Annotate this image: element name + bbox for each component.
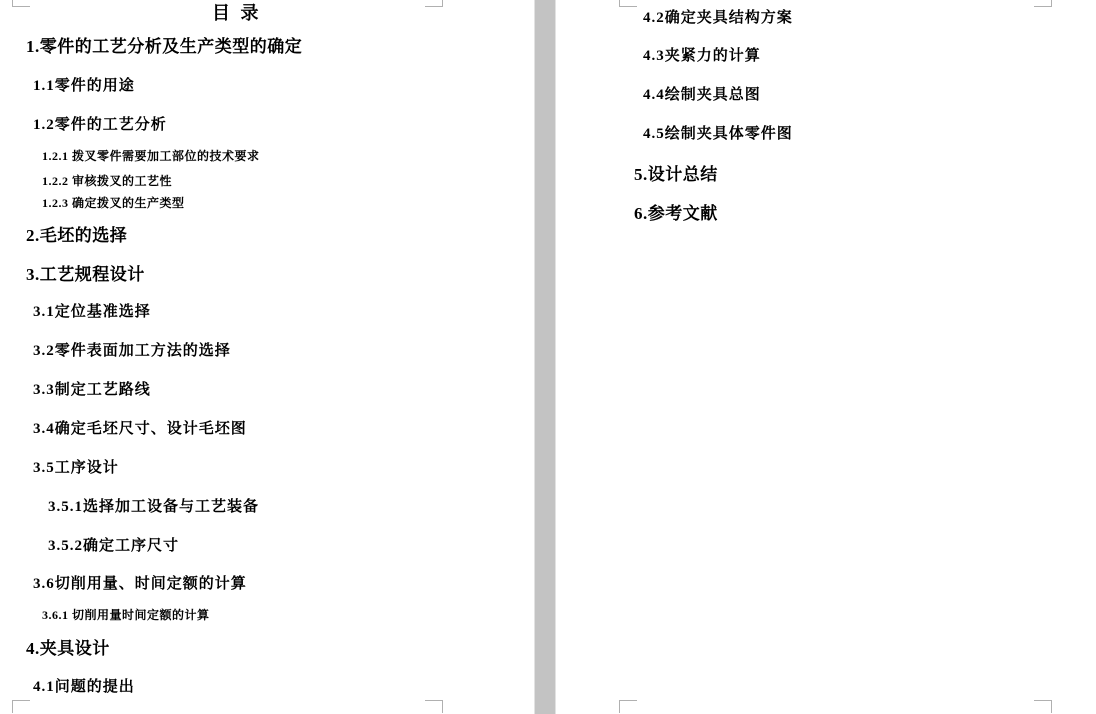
toc-title[interactable]: 目 录 [212, 4, 262, 22]
toc-item[interactable]: 5.设计总结 [634, 166, 718, 183]
toc-item[interactable]: 3.3制定工艺路线 [33, 383, 151, 398]
crop-mark-top-right [1034, 0, 1052, 7]
crop-mark-bottom-right [1034, 700, 1052, 713]
toc-item[interactable]: 3.5工序设计 [33, 461, 119, 476]
toc-item[interactable]: 4.5绘制夹具体零件图 [643, 127, 793, 142]
toc-item[interactable]: 3.2零件表面加工方法的选择 [33, 344, 231, 359]
toc-item[interactable]: 3.5.1选择加工设备与工艺装备 [48, 500, 259, 515]
document-viewport: 目 录 1.零件的工艺分析及生产类型的确定1.1零件的用途1.2零件的工艺分析1… [0, 0, 1096, 714]
page-gutter [534, 0, 556, 714]
toc-item[interactable]: 1.2.3 确定拨叉的生产类型 [42, 197, 185, 209]
toc-item[interactable]: 4.3夹紧力的计算 [643, 49, 761, 64]
crop-mark-top-left [619, 0, 637, 7]
toc-item[interactable]: 2.毛坯的选择 [26, 227, 127, 244]
toc-item[interactable]: 4.夹具设计 [26, 640, 110, 657]
toc-item[interactable]: 3.1定位基准选择 [33, 305, 151, 320]
crop-mark-bottom-right [425, 700, 443, 713]
toc-item[interactable]: 1.1零件的用途 [33, 79, 135, 94]
toc-item[interactable]: 4.4绘制夹具总图 [643, 88, 761, 103]
crop-mark-top-left [12, 0, 30, 7]
toc-item[interactable]: 3.6切削用量、时间定额的计算 [33, 577, 247, 592]
toc-item[interactable]: 4.2确定夹具结构方案 [643, 11, 793, 26]
toc-item[interactable]: 3.工艺规程设计 [26, 266, 145, 283]
crop-mark-top-right [425, 0, 443, 7]
page-right[interactable]: 4.2确定夹具结构方案4.3夹紧力的计算4.4绘制夹具总图4.5绘制夹具体零件图… [556, 0, 1096, 714]
toc-item[interactable]: 1.2零件的工艺分析 [33, 118, 167, 133]
toc-item[interactable]: 1.2.1 拨叉零件需要加工部位的技术要求 [42, 150, 260, 162]
crop-mark-bottom-left [619, 700, 637, 713]
toc-item[interactable]: 3.6.1 切削用量时间定额的计算 [42, 609, 210, 621]
toc-item[interactable]: 4.1问题的提出 [33, 680, 135, 695]
toc-item[interactable]: 6.参考文献 [634, 205, 718, 222]
page-left[interactable]: 目 录 1.零件的工艺分析及生产类型的确定1.1零件的用途1.2零件的工艺分析1… [0, 0, 534, 714]
crop-mark-bottom-left [12, 700, 30, 713]
toc-item[interactable]: 1.零件的工艺分析及生产类型的确定 [26, 38, 302, 55]
toc-item[interactable]: 3.5.2确定工序尺寸 [48, 539, 179, 554]
toc-item[interactable]: 1.2.2 审核拨叉的工艺性 [42, 175, 172, 187]
toc-item[interactable]: 3.4确定毛坯尺寸、设计毛坯图 [33, 422, 247, 437]
